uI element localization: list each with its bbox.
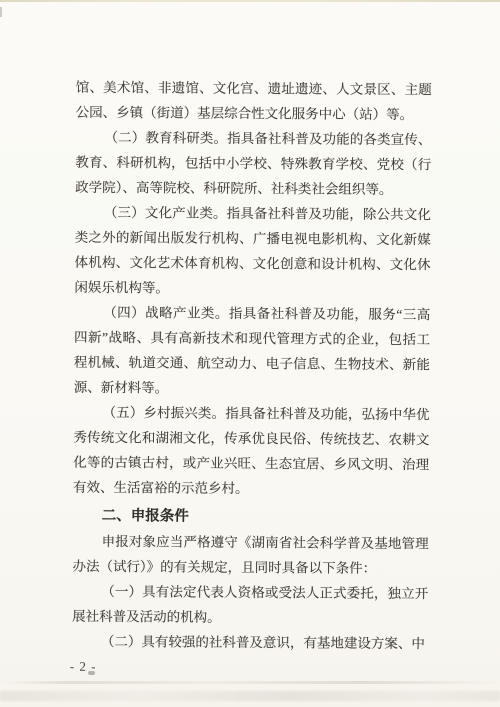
document-body: 馆、美术馆、非遗馆、文化宫、遗址遗迹、人文景区、主题公园、乡镇（街道）基层综合性…	[72, 75, 432, 681]
paragraph-condition-one: （一）具有法定代表人资格或受法人正式委托，独立开展社科普及活动的机构。	[72, 579, 428, 631]
section-heading-application-conditions: 二、申报条件	[73, 504, 429, 531]
scan-edge-left-tick	[0, 7, 2, 17]
paragraph-public-culture-continued: 馆、美术馆、非遗馆、文化宫、遗址遗迹、人文景区、主题公园、乡镇（街道）基层综合性…	[76, 75, 432, 127]
scan-streak-lower	[0, 691, 500, 701]
scanned-document-page: 馆、美术馆、非遗馆、文化宫、遗址遗迹、人文景区、主题公园、乡镇（街道）基层综合性…	[0, 0, 500, 707]
paragraph-rural-revitalization-category: （五）乡村振兴类。指具备社科普及功能，弘扬中华优秀传统文化和湖湘文化，传承优良民…	[73, 400, 430, 502]
page-number: - 2 -	[70, 654, 428, 681]
paragraph-culture-industry-category: （三）文化产业类。指具备社科普及功能，除公共文化类之外的新闻出版发行机构、广播电…	[74, 200, 431, 302]
paragraph-education-research-category: （二）教育科研类。指具备社科普及功能的各类宣传、教育、科研机构，包括中小学校、特…	[75, 125, 432, 202]
paragraph-conditions-intro: 申报对象应当严格遵守《湖南省社会科学普及基地管理办法（试行）》的有关规定，且同时…	[72, 529, 428, 581]
scan-smudge-mark	[88, 671, 95, 675]
scan-edge-top-line	[0, 0, 500, 2]
scan-streak-upper	[0, 681, 500, 684]
paragraph-strategic-industry-category: （四）战略产业类。指具备社科普及功能，服务“三高四新”战略、具有高新技术和现代管…	[74, 300, 431, 402]
paragraph-condition-two-truncated: （二）具有较强的社科普及意识，有基地建设方案、中	[72, 629, 428, 656]
